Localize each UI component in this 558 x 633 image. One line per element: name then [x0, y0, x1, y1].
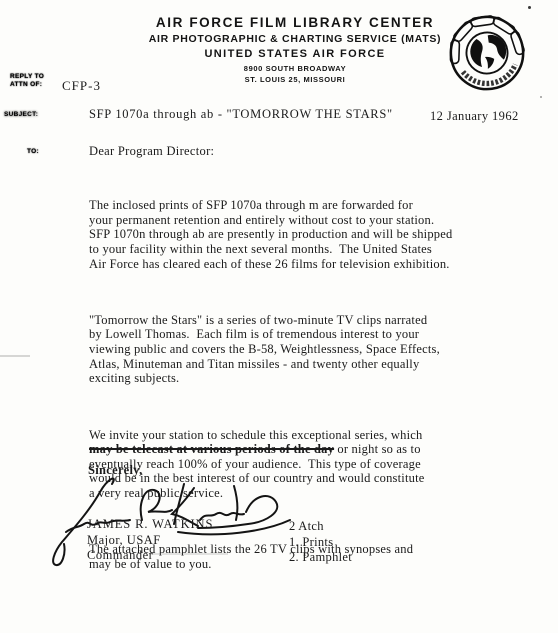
- signer-rank: Major, USAF: [87, 533, 213, 549]
- salutation: Dear Program Director:: [89, 144, 214, 159]
- letter-date: 12 January 1962: [430, 109, 519, 124]
- signer-name: JAMES R. WATKINS: [87, 517, 213, 533]
- reply-office-code: CFP-3: [62, 78, 101, 94]
- paragraph-3-lead: We invite your station to schedule this …: [89, 428, 422, 442]
- scan-speck: [540, 96, 542, 98]
- signature-block: JAMES R. WATKINS Major, USAF Commander: [87, 517, 213, 564]
- attachment-item: 1. Prints: [289, 535, 352, 551]
- scan-speck: [528, 6, 531, 9]
- paragraph-2: "Tomorrow the Stars" is a series of two-…: [89, 313, 529, 386]
- attachments-list: 2 Atch 1. Prints 2. Pamphlet: [289, 519, 352, 566]
- globe-seal-icon: [442, 8, 532, 98]
- paragraph-3: We invite your station to schedule this …: [89, 428, 529, 501]
- scanned-letter-page: AIR FORCE FILM LIBRARY CENTER AIR PHOTOG…: [0, 0, 558, 633]
- attachment-item: 2. Pamphlet: [289, 550, 352, 566]
- closing: Sincerely,: [88, 463, 143, 478]
- reply-to-label-line1: REPLY TO: [10, 73, 44, 80]
- scan-smudge: [150, 553, 228, 555]
- subject-line: SFP 1070a through ab - "TOMORROW THE STA…: [89, 107, 393, 122]
- reply-to-label-line2: ATTN OF:: [10, 81, 42, 88]
- scan-smudge: [0, 355, 30, 357]
- signer-title: Commander: [87, 548, 213, 564]
- subject-label: SUBJECT:: [4, 111, 38, 118]
- strikethrough-text: may be telecast at various periods of th…: [89, 442, 334, 456]
- paragraph-1: The inclosed prints of SFP 1070a through…: [89, 198, 529, 271]
- attachments-count: 2 Atch: [289, 519, 352, 535]
- to-label: TO:: [27, 148, 39, 155]
